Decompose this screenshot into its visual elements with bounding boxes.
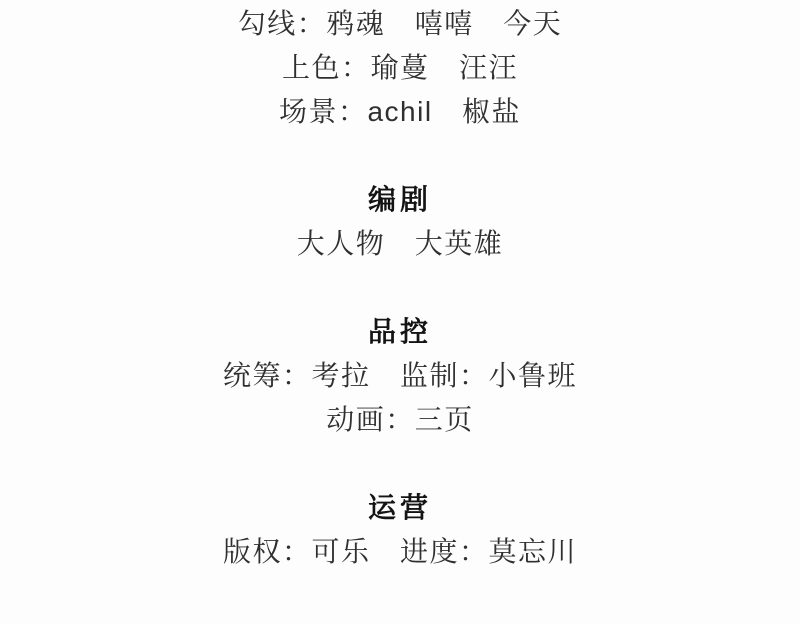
credit-line: 大人物 大英雄 xyxy=(0,222,800,266)
credit-section: 品控统筹：考拉 监制：小鲁班动画：三页 xyxy=(0,310,800,442)
credit-line: 上色：瑜蔓 汪汪 xyxy=(0,46,800,90)
section-header: 品控 xyxy=(0,310,800,354)
credit-section: 勾线：鸦魂 嘻嘻 今天上色：瑜蔓 汪汪场景：achil 椒盐 xyxy=(0,2,800,134)
credits-page: 勾线：鸦魂 嘻嘻 今天上色：瑜蔓 汪汪场景：achil 椒盐编剧大人物 大英雄品… xyxy=(0,0,800,624)
credits-list: 勾线：鸦魂 嘻嘻 今天上色：瑜蔓 汪汪场景：achil 椒盐编剧大人物 大英雄品… xyxy=(0,2,800,574)
credit-line: 勾线：鸦魂 嘻嘻 今天 xyxy=(0,2,800,46)
credit-line: 版权：可乐 进度：莫忘川 xyxy=(0,530,800,574)
credit-section: 运营版权：可乐 进度：莫忘川 xyxy=(0,486,800,574)
credit-line: 场景：achil 椒盐 xyxy=(0,90,800,134)
credit-section: 编剧大人物 大英雄 xyxy=(0,178,800,266)
credit-line: 统筹：考拉 监制：小鲁班 xyxy=(0,354,800,398)
credit-line: 动画：三页 xyxy=(0,398,800,442)
section-header: 运营 xyxy=(0,486,800,530)
section-header: 编剧 xyxy=(0,178,800,222)
